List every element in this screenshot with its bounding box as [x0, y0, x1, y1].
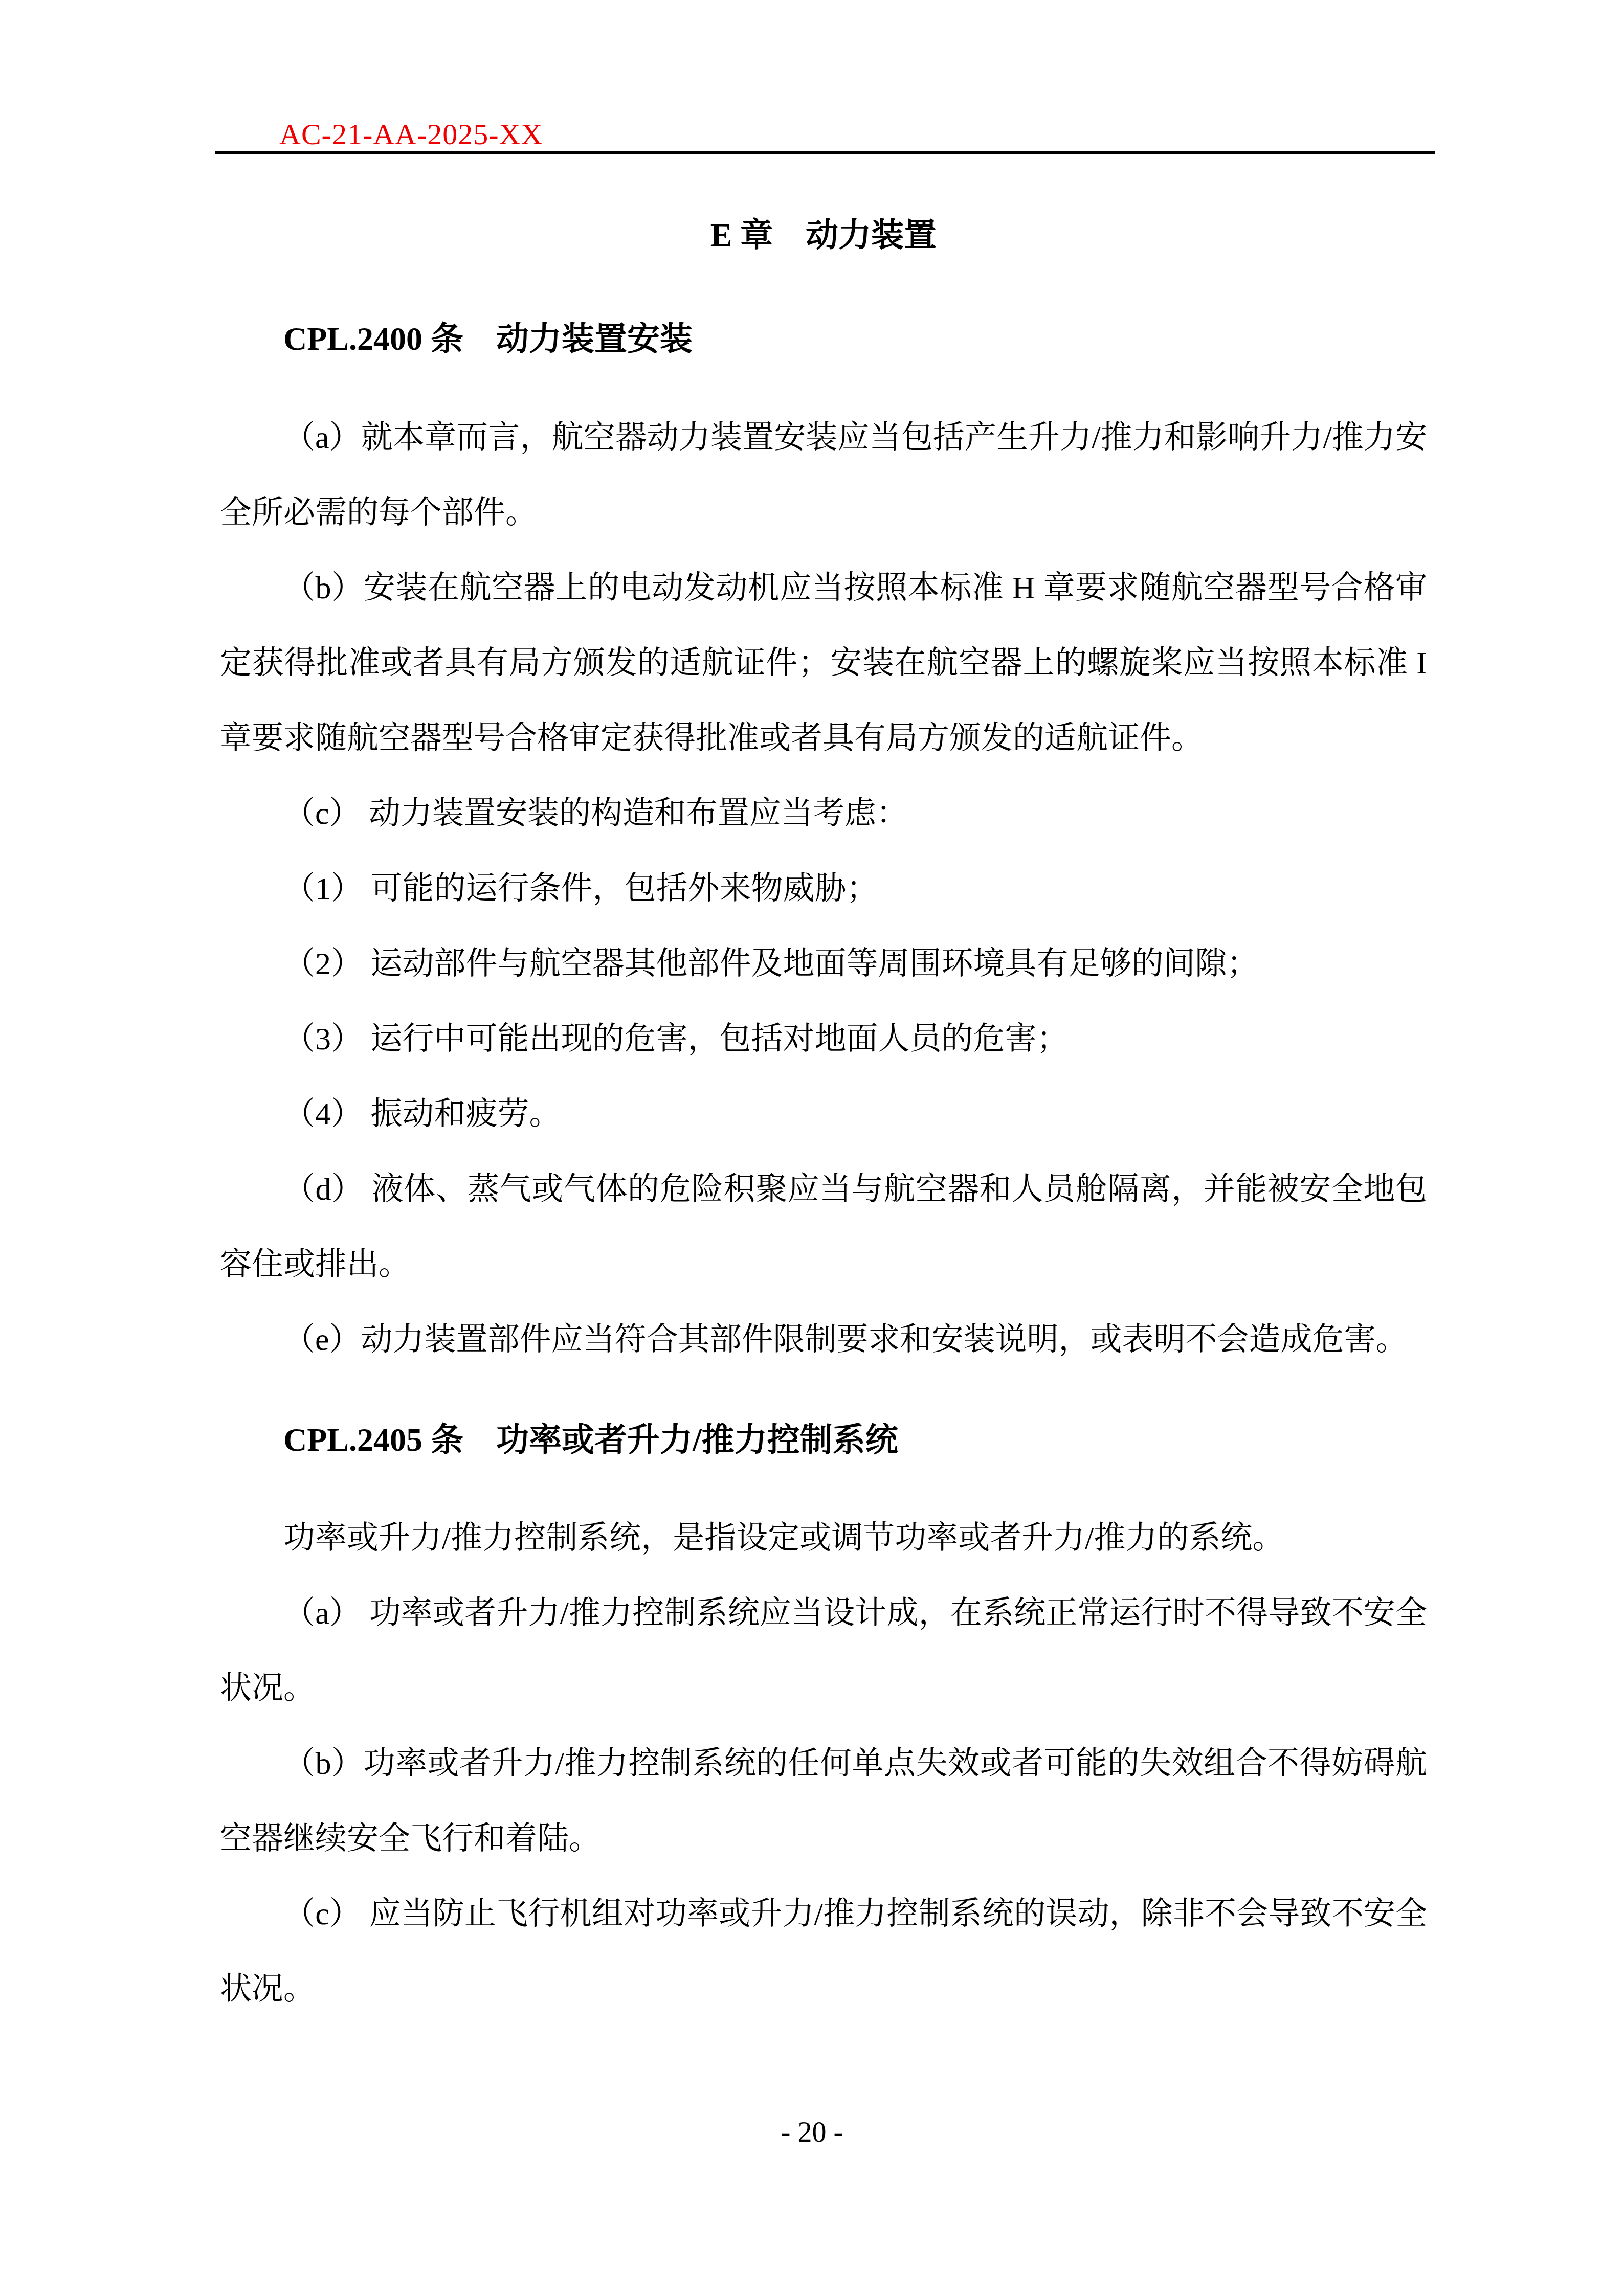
- header-rule: [215, 151, 1435, 154]
- chapter-title: E 章 动力装置: [220, 197, 1427, 273]
- paragraph: （a） 功率或者升力/推力控制系统应当设计成，在系统正常运行时不得导致不安全状况…: [220, 1576, 1427, 1726]
- paragraph: （d） 液体、蒸气或气体的危险积聚应当与航空器和人员舱隔离，并能被安全地包容住或…: [220, 1152, 1427, 1302]
- paragraph: （b）安装在航空器上的电动发动机应当按照本标准 H 章要求随航空器型号合格审定获…: [220, 551, 1427, 776]
- paragraph: （1） 可能的运行条件，包括外来物威胁；: [220, 851, 1427, 927]
- page-number: - 20 -: [0, 2114, 1624, 2150]
- document-page: AC-21-AA-2025-XX E 章 动力装置 CPL.2400 条 动力装…: [0, 0, 1624, 2296]
- paragraph: 功率或升力/推力控制系统，是指设定或调节功率或者升力/推力的系统。: [220, 1501, 1427, 1576]
- document-body: E 章 动力装置 CPL.2400 条 动力装置安装 （a）就本章而言，航空器动…: [220, 197, 1427, 2027]
- paragraph: （c） 应当防止飞行机组对功率或升力/推力控制系统的误动，除非不会导致不安全状况…: [220, 1877, 1427, 2027]
- section-heading-cpl2405: CPL.2405 条 功率或者升力/推力控制系统: [220, 1402, 1427, 1477]
- paragraph: （e）动力装置部件应当符合其部件限制要求和安装说明，或表明不会造成危害。: [220, 1302, 1427, 1378]
- paragraph: （b）功率或者升力/推力控制系统的任何单点失效或者可能的失效组合不得妨碍航空器继…: [220, 1726, 1427, 1877]
- paragraph: （c） 动力装置安装的构造和布置应当考虑：: [220, 776, 1427, 851]
- paragraph: （2） 运动部件与航空器其他部件及地面等周围环境具有足够的间隙；: [220, 927, 1427, 1002]
- paragraph: （3） 运行中可能出现的危害，包括对地面人员的危害；: [220, 1002, 1427, 1077]
- paragraph: （a）就本章而言，航空器动力装置安装应当包括产生升力/推力和影响升力/推力安全所…: [220, 400, 1427, 551]
- paragraph: （4） 振动和疲劳。: [220, 1077, 1427, 1152]
- section-heading-cpl2400: CPL.2400 条 动力装置安装: [220, 301, 1427, 376]
- document-number: AC-21-AA-2025-XX: [279, 118, 543, 151]
